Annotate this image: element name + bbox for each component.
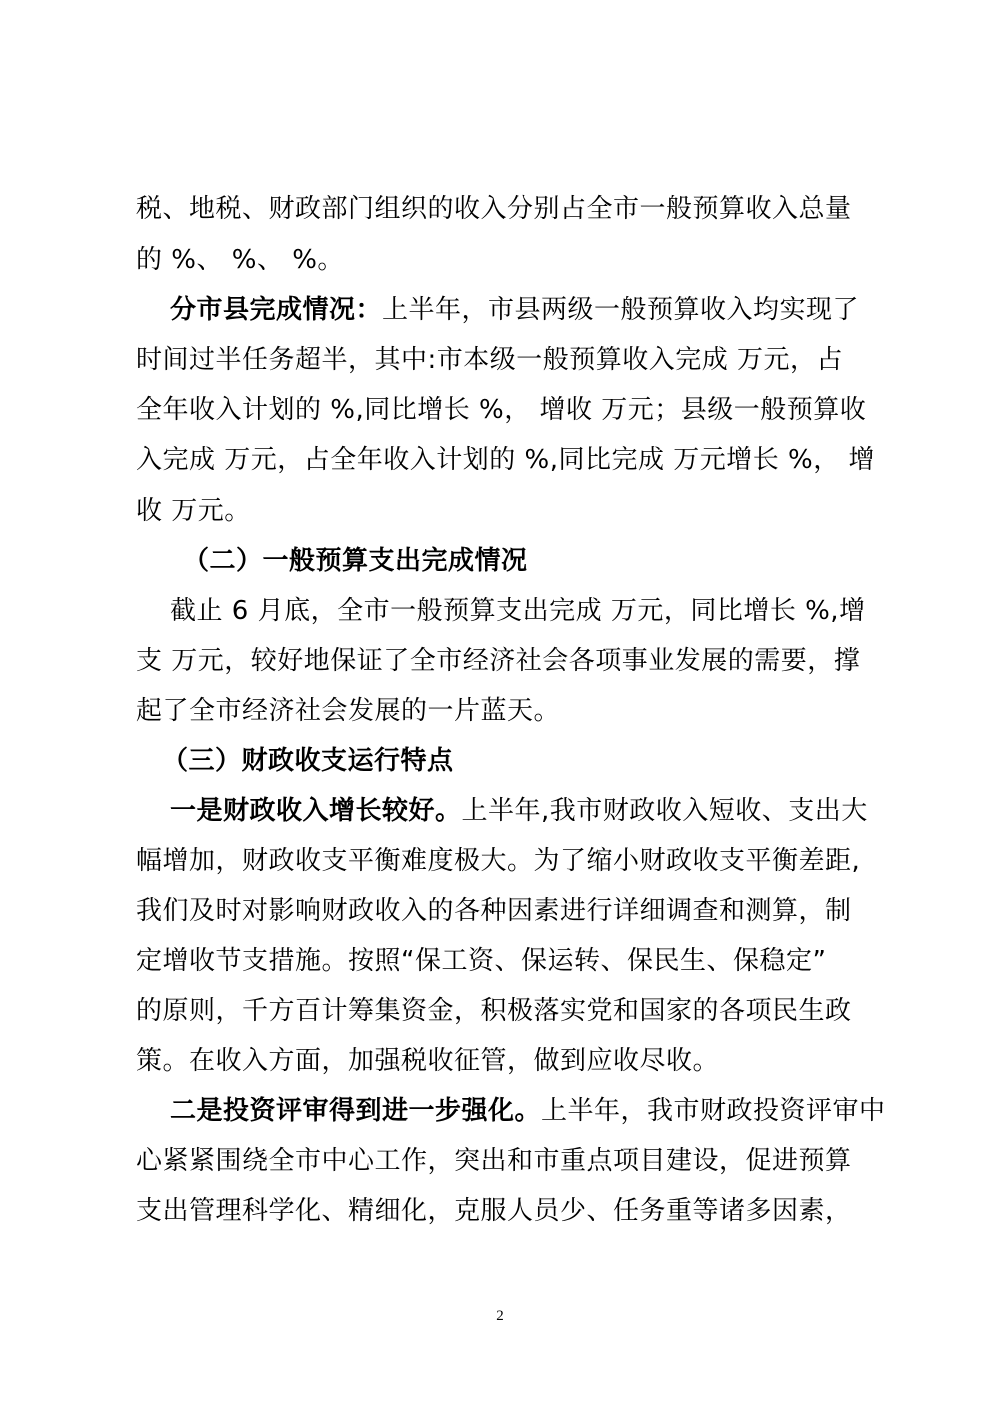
line-text: 上半年，市县两级一般预算收入均实现了: [382, 295, 859, 325]
line-text: 上半年，我市财政投资评审中: [541, 1096, 886, 1126]
line-text: 上半年,我市财政收入短收、支出大: [462, 796, 868, 826]
paragraph-line: 幅增加，财政收支平衡难度极大。为了缩小财政收支平衡差距,: [136, 844, 876, 878]
paragraph-line: 支 万元，较好地保证了全市经济社会各项事业发展的需要，撑: [136, 644, 876, 678]
paragraph-line: 二是投资评审得到进一步强化。上半年，我市财政投资评审中: [170, 1094, 910, 1128]
inline-heading: 一是财政收入增长较好。: [170, 796, 462, 826]
paragraph-line: 分市县完成情况：上半年，市县两级一般预算收入均实现了: [170, 293, 910, 327]
paragraph-line: 全年收入计划的 %,同比增长 %， 增收 万元；县级一般预算收: [136, 393, 876, 427]
paragraph-line: 支出管理科学化、精细化，克服人员少、任务重等诸多因素，: [136, 1194, 876, 1228]
section-heading-3: （三）财政收支运行特点: [162, 744, 902, 778]
paragraph-line: 时间过半任务超半，其中:市本级一般预算收入完成 万元，占: [136, 343, 876, 377]
paragraph-line: 入完成 万元，占全年收入计划的 %,同比完成 万元增长 %， 增: [136, 443, 876, 477]
paragraph-line: 税、地税、财政部门组织的收入分别占全市一般预算收入总量: [136, 192, 876, 226]
paragraph-line: 心紧紧围绕全市中心工作，突出和市重点项目建设，促进预算: [136, 1144, 876, 1178]
page-number: 2: [0, 1308, 1000, 1325]
paragraph-line: 策。在收入方面，加强税收征管，做到应收尽收。: [136, 1044, 876, 1078]
paragraph-line: 定增收节支措施。按照“保工资、保运转、保民生、保稳定”: [136, 944, 876, 978]
paragraph-line: 截止 6 月底，全市一般预算支出完成 万元，同比增长 %,增: [170, 594, 910, 628]
paragraph-line: 我们及时对影响财政收入的各种因素进行详细调查和测算，制: [136, 894, 876, 928]
paragraph-line: 一是财政收入增长较好。上半年,我市财政收入短收、支出大: [170, 794, 910, 828]
paragraph-line: 的原则，千方百计筹集资金，积极落实党和国家的各项民生政: [136, 994, 876, 1028]
paragraph-line: 收 万元。: [136, 494, 876, 528]
inline-heading: 二是投资评审得到进一步强化。: [170, 1096, 541, 1126]
paragraph-line: 的 %、 %、 %。: [136, 243, 876, 277]
paragraph-line: 起了全市经济社会发展的一片蓝天。: [136, 694, 876, 728]
document-page: 税、地税、财政部门组织的收入分别占全市一般预算收入总量 的 %、 %、 %。 分…: [0, 0, 1000, 1415]
section-heading-2: （二）一般预算支出完成情况: [183, 544, 923, 578]
inline-heading: 分市县完成情况：: [170, 295, 382, 325]
